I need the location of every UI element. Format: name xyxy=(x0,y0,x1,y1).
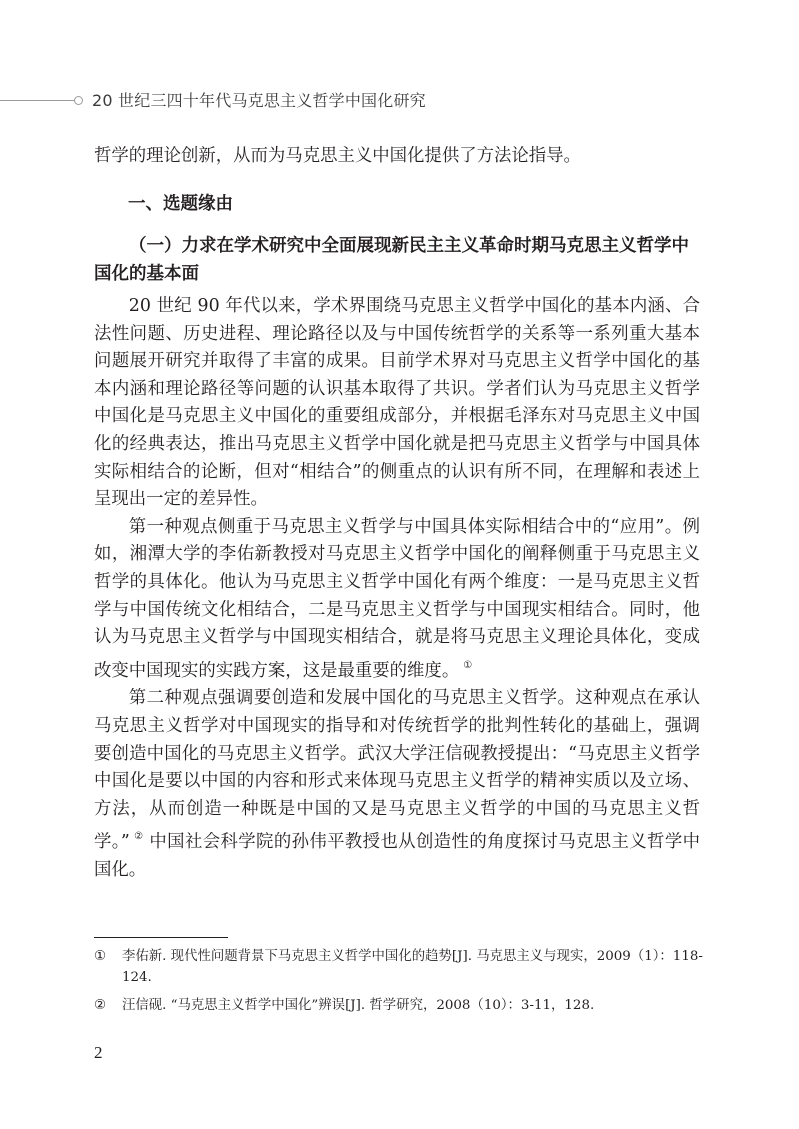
footnote-separator xyxy=(94,937,228,938)
lead-paragraph: 哲学的理论创新，从而为马克思主义中国化提供了方法论指导。 xyxy=(94,143,700,171)
section-heading: 一、选题缘由 xyxy=(128,190,233,215)
page-number: 2 xyxy=(94,1043,103,1063)
header-circle-ornament-icon xyxy=(74,96,83,105)
paragraph-1: 20 世纪 90 年代以来，学术界围绕马克思主义哲学中国化的基本内涵、合法性问题… xyxy=(94,293,700,514)
footnote-1: ① 李佑新. 现代性问题背景下马克思主义哲学中国化的趋势[J]. 马克思主义与现… xyxy=(94,946,704,988)
running-title: 20 世纪三四十年代马克思主义哲学中国化研究 xyxy=(92,88,426,111)
running-header: 20 世纪三四十年代马克思主义哲学中国化研究 xyxy=(0,88,799,112)
paragraph-2-text: 第一种观点侧重于马克思主义哲学与中国具体实际相结合中的“应用”。例如，湘潭大学的… xyxy=(94,517,700,681)
footnote-ref-2[interactable]: ② xyxy=(134,831,144,842)
main-body: 20 世纪 90 年代以来，学术界围绕马克思主义哲学中国化的基本内涵、合法性问题… xyxy=(94,293,700,884)
paragraph-2: 第一种观点侧重于马克思主义哲学与中国具体实际相结合中的“应用”。例如，湘潭大学的… xyxy=(94,514,700,686)
paragraph-3: 第二种观点强调要创造和发展中国化的马克思主义哲学。这种观点在承认马克思主义哲学对… xyxy=(94,685,700,884)
footnote-text: 李佑新. 现代性问题背景下马克思主义哲学中国化的趋势[J]. 马克思主义与现实，… xyxy=(122,949,703,985)
footnote-2: ② 汪信砚. “马克思主义哲学中国化”辨误[J]. 哲学研究，2008（10）：… xyxy=(94,995,704,1016)
footnotes: ① 李佑新. 现代性问题背景下马克思主义哲学中国化的趋势[J]. 马克思主义与现… xyxy=(94,946,704,1023)
footnote-mark: ① xyxy=(94,946,106,967)
footnote-mark: ② xyxy=(94,995,106,1016)
paragraph-3-text-before: 第二种观点强调要创造和发展中国化的马克思主义哲学。这种观点在承认马克思主义哲学对… xyxy=(94,688,700,852)
subsection-heading: （一）力求在学术研究中全面展现新民主主义革命时期马克思主义哲学中国化的基本面 xyxy=(94,232,702,288)
lead-paragraph-block: 哲学的理论创新，从而为马克思主义中国化提供了方法论指导。 xyxy=(94,143,700,171)
paragraph-3-text-after: 中国社会科学院的孙伟平教授也从创造性的角度探讨马克思主义哲学中国化。 xyxy=(94,832,700,880)
footnote-text: 汪信砚. “马克思主义哲学中国化”辨误[J]. 哲学研究，2008（10）：3-… xyxy=(122,998,594,1013)
header-rule xyxy=(0,100,74,101)
footnote-ref-1[interactable]: ① xyxy=(463,660,472,671)
